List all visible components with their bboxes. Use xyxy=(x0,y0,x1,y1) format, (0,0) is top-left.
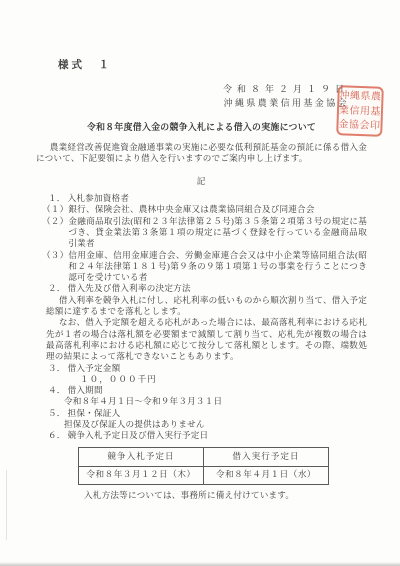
intro-paragraph: 農業経営改善促進資金融通事業の実施に必要な低利預託基金の預託に係る借入金について… xyxy=(36,142,367,165)
issue-date: 令和８年２月１９日 xyxy=(36,84,349,95)
list-item-number: （１） xyxy=(42,204,68,215)
schedule-table-data-row: 令和８年３月１２日（木） 令和８年４月１日（水） xyxy=(79,466,329,484)
execution-date-cell: 令和８年４月１日（水） xyxy=(204,466,329,484)
form-number-label: 様式 １ xyxy=(58,60,367,71)
section-number: １． xyxy=(48,193,66,203)
bid-date-cell: 令和８年３月１２日（木） xyxy=(79,466,204,484)
seal-text-line: 沖縄県農 xyxy=(339,89,381,105)
loan-period: 令和８年４月１日～令和９年３月３１日 xyxy=(64,396,367,407)
seal-text-line: 金協会印 xyxy=(338,118,380,134)
schedule-table-header-cell: 借入実行予定日 xyxy=(204,447,329,466)
section-3-heading: ３．借入予定金額 xyxy=(48,363,367,374)
seal-text-line: 業信用基 xyxy=(339,104,381,120)
section-heading-text: 借入予定金額 xyxy=(68,363,121,373)
collateral-guarantor-note: 担保及び保証人の提供はありません xyxy=(64,419,367,430)
list-item-number: （３） xyxy=(42,250,68,284)
issuer-organization: 沖縄県農業信用基金協会 xyxy=(36,98,349,109)
footer-note: 入札方法等については、事務所に備え付けています。 xyxy=(84,490,367,501)
section-paragraph: 借入利率を競争入札に付し、応札利率の低いものから順次割り当て、借入予定総額に達す… xyxy=(46,295,367,318)
list-item: （２） 金融商品取引法(昭和２３年法律第２５号)第３５条第２項第３号の規定に基づ… xyxy=(42,216,367,250)
document-title: 令和８年度借入金の競争入札による借入の実施について xyxy=(36,122,367,133)
schedule-table: 競争入札予定日 借入実行予定日 令和８年３月１２日（木） 令和８年４月１日（水） xyxy=(78,447,329,485)
section-1: １．入札参加資格者 （１） 銀行、保険会社、農林中央金庫又は農業協同組合及び同連… xyxy=(36,193,367,283)
section-number: ２． xyxy=(48,283,66,293)
section-4-heading: ４．借入期間 xyxy=(48,385,367,396)
section-heading-text: 借入先及び借入利率の決定方法 xyxy=(68,283,191,293)
section-1-heading: １．入札参加資格者 xyxy=(48,193,367,204)
list-item-text: 金融商品取引法(昭和２３年法律第２５号)第３５条第２項第３号の規定に基づき、貸金… xyxy=(68,216,367,250)
document-header-right: 令和８年２月１９日 沖縄県農業信用基金協会 xyxy=(36,84,349,109)
section-number: ５． xyxy=(48,408,66,418)
section-6-heading: ６．競争入札予定日及び借入実行予定日 xyxy=(48,430,367,441)
planned-loan-amount: １０，０００千円 xyxy=(80,374,367,385)
ki-label: 記 xyxy=(36,176,367,187)
section-2: ２．借入先及び借入利率の決定方法 借入利率を競争入札に付し、応札利率の低いものか… xyxy=(36,283,367,362)
section-number: ４． xyxy=(48,385,66,395)
section-heading-text: 担保・保証人 xyxy=(68,408,121,418)
list-item-number: （２） xyxy=(42,216,68,250)
sections: １．入札参加資格者 （１） 銀行、保険会社、農林中央金庫又は農業協同組合及び同連… xyxy=(36,193,367,501)
list-item-text: 信用金庫、信用金庫連合会、労働金庫連合会又は中小企業等協同組合法(昭和２４年法律… xyxy=(68,250,367,284)
section-heading-text: 借入期間 xyxy=(68,385,103,395)
document-page: 様式 １ 令和８年２月１９日 沖縄県農業信用基金協会 沖縄県農 業信用基 金協会… xyxy=(0,0,400,566)
section-heading-text: 競争入札予定日及び借入実行予定日 xyxy=(68,430,209,440)
section-4: ４．借入期間 令和８年４月１日～令和９年３月３１日 xyxy=(36,385,367,408)
section-paragraph: なお、借入予定額を超える応札があった場合には、最高落札利率における応札先が１者の… xyxy=(46,317,367,362)
section-5: ５．担保・保証人 担保及び保証人の提供はありません xyxy=(36,408,367,431)
official-seal-stamp: 沖縄県農 業信用基 金協会印 xyxy=(336,85,384,137)
section-heading-text: 入札参加資格者 xyxy=(68,193,130,203)
section-number: ６． xyxy=(48,430,66,440)
list-item-text: 銀行、保険会社、農林中央金庫又は農業協同組合及び同連合会 xyxy=(68,204,367,215)
section-6: ６．競争入札予定日及び借入実行予定日 xyxy=(36,430,367,441)
section-number: ３． xyxy=(48,363,66,373)
list-item: （１） 銀行、保険会社、農林中央金庫又は農業協同組合及び同連合会 xyxy=(42,204,367,215)
section-5-heading: ５．担保・保証人 xyxy=(48,408,367,419)
schedule-table-header-row: 競争入札予定日 借入実行予定日 xyxy=(79,447,329,466)
section-3: ３．借入予定金額 １０，０００千円 xyxy=(36,363,367,386)
section-2-heading: ２．借入先及び借入利率の決定方法 xyxy=(48,283,367,294)
list-item: （３） 信用金庫、信用金庫連合会、労働金庫連合会又は中小企業等協同組合法(昭和２… xyxy=(42,250,367,284)
schedule-table-header-cell: 競争入札予定日 xyxy=(79,447,204,466)
